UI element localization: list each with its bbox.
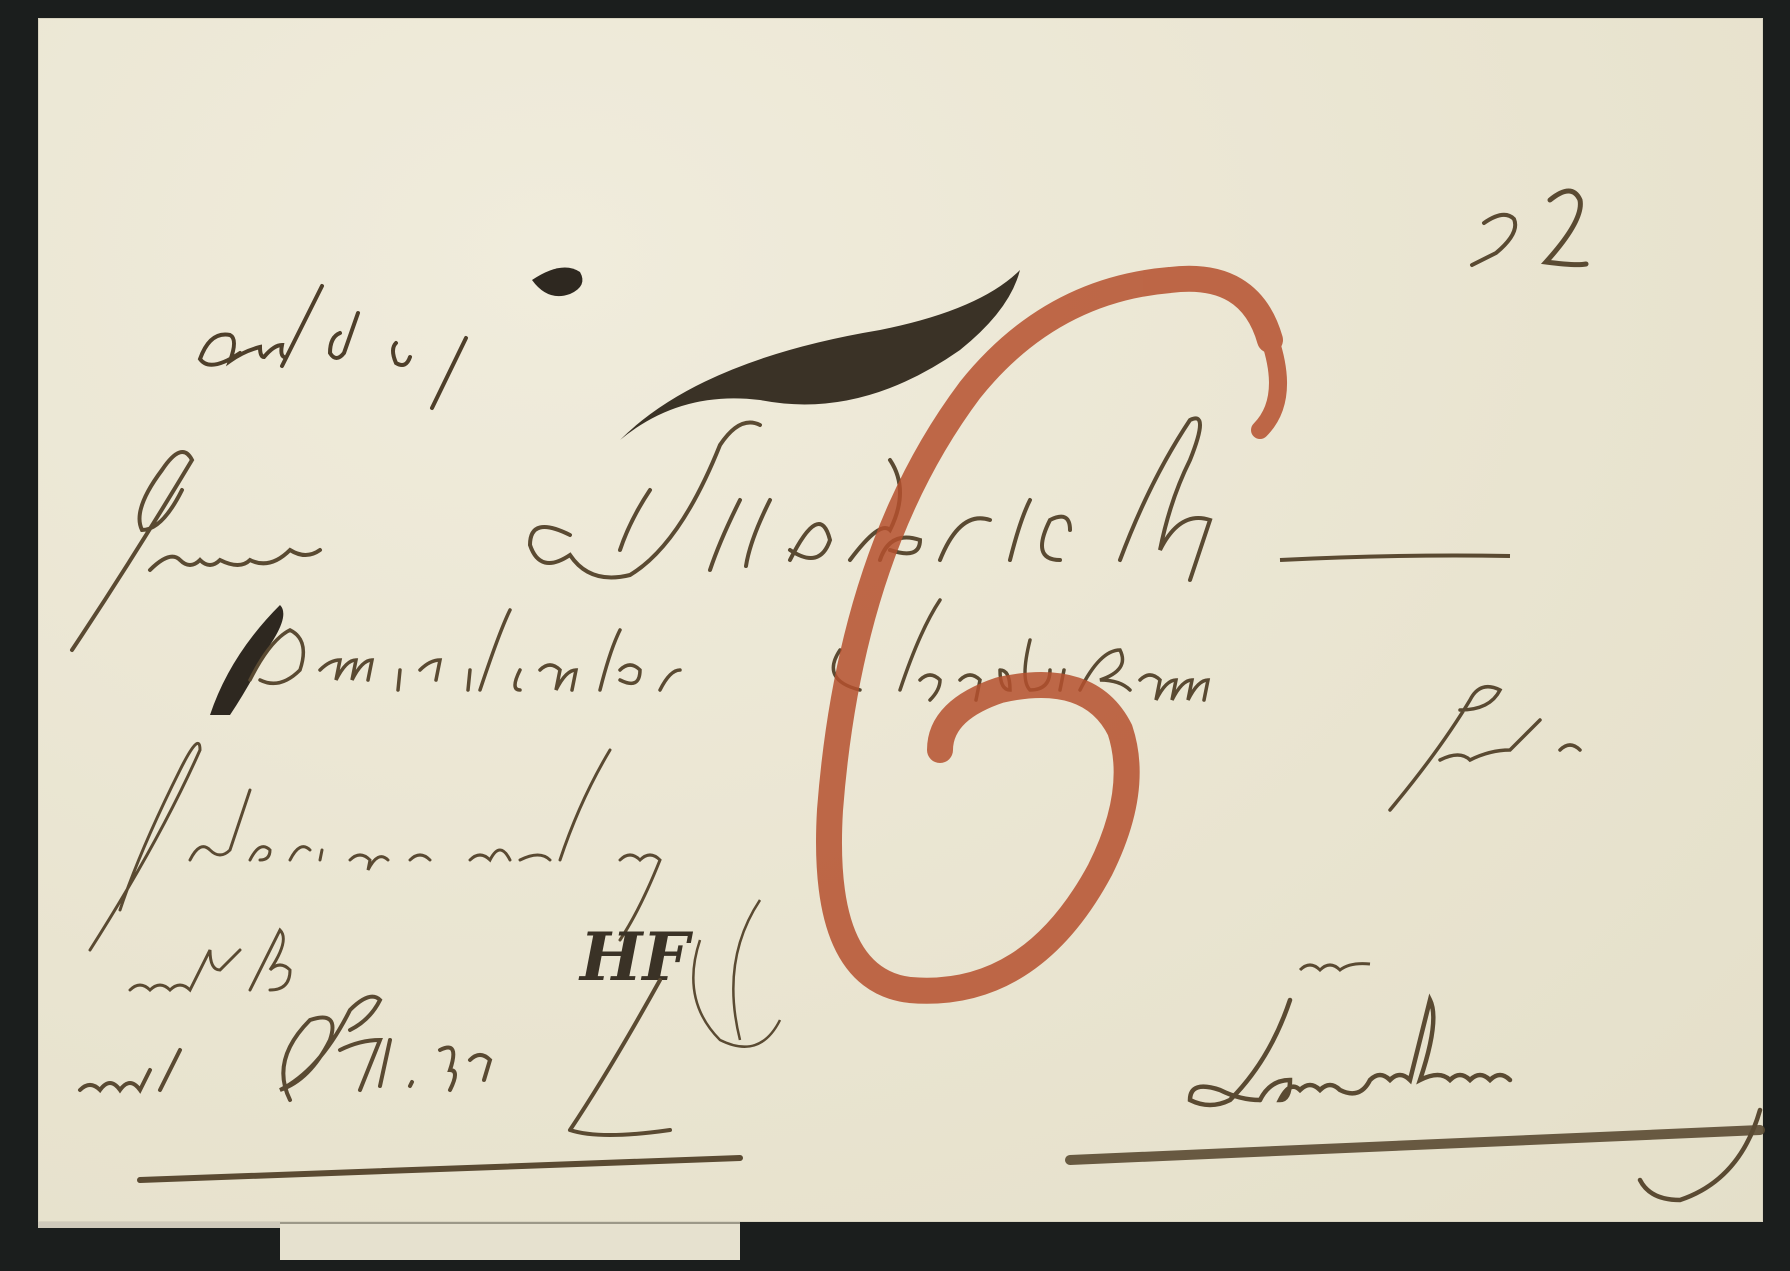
handwriting-layer: HF (0, 0, 1790, 1271)
red-postage-six (829, 279, 1278, 991)
ink-underline-bottom-left (140, 1158, 740, 1180)
ink-blot (532, 268, 582, 297)
salutation-mark (72, 452, 320, 650)
docket-mark (200, 286, 466, 408)
monogram-hf-mark: HF (578, 918, 693, 996)
contents-note-script (90, 743, 660, 990)
ink-capital-stroke (210, 605, 283, 715)
ink-underline-right (1280, 556, 1510, 561)
recipient-title-line2-script (1390, 687, 1580, 810)
destination-script (1190, 1000, 1760, 1200)
ink-long-curve (693, 900, 780, 1047)
corner-number-mark (1472, 191, 1586, 265)
amount-note-script (80, 980, 670, 1135)
ink-destination-prefix (1300, 964, 1370, 970)
ink-underline-bottom-right (1070, 1130, 1760, 1160)
